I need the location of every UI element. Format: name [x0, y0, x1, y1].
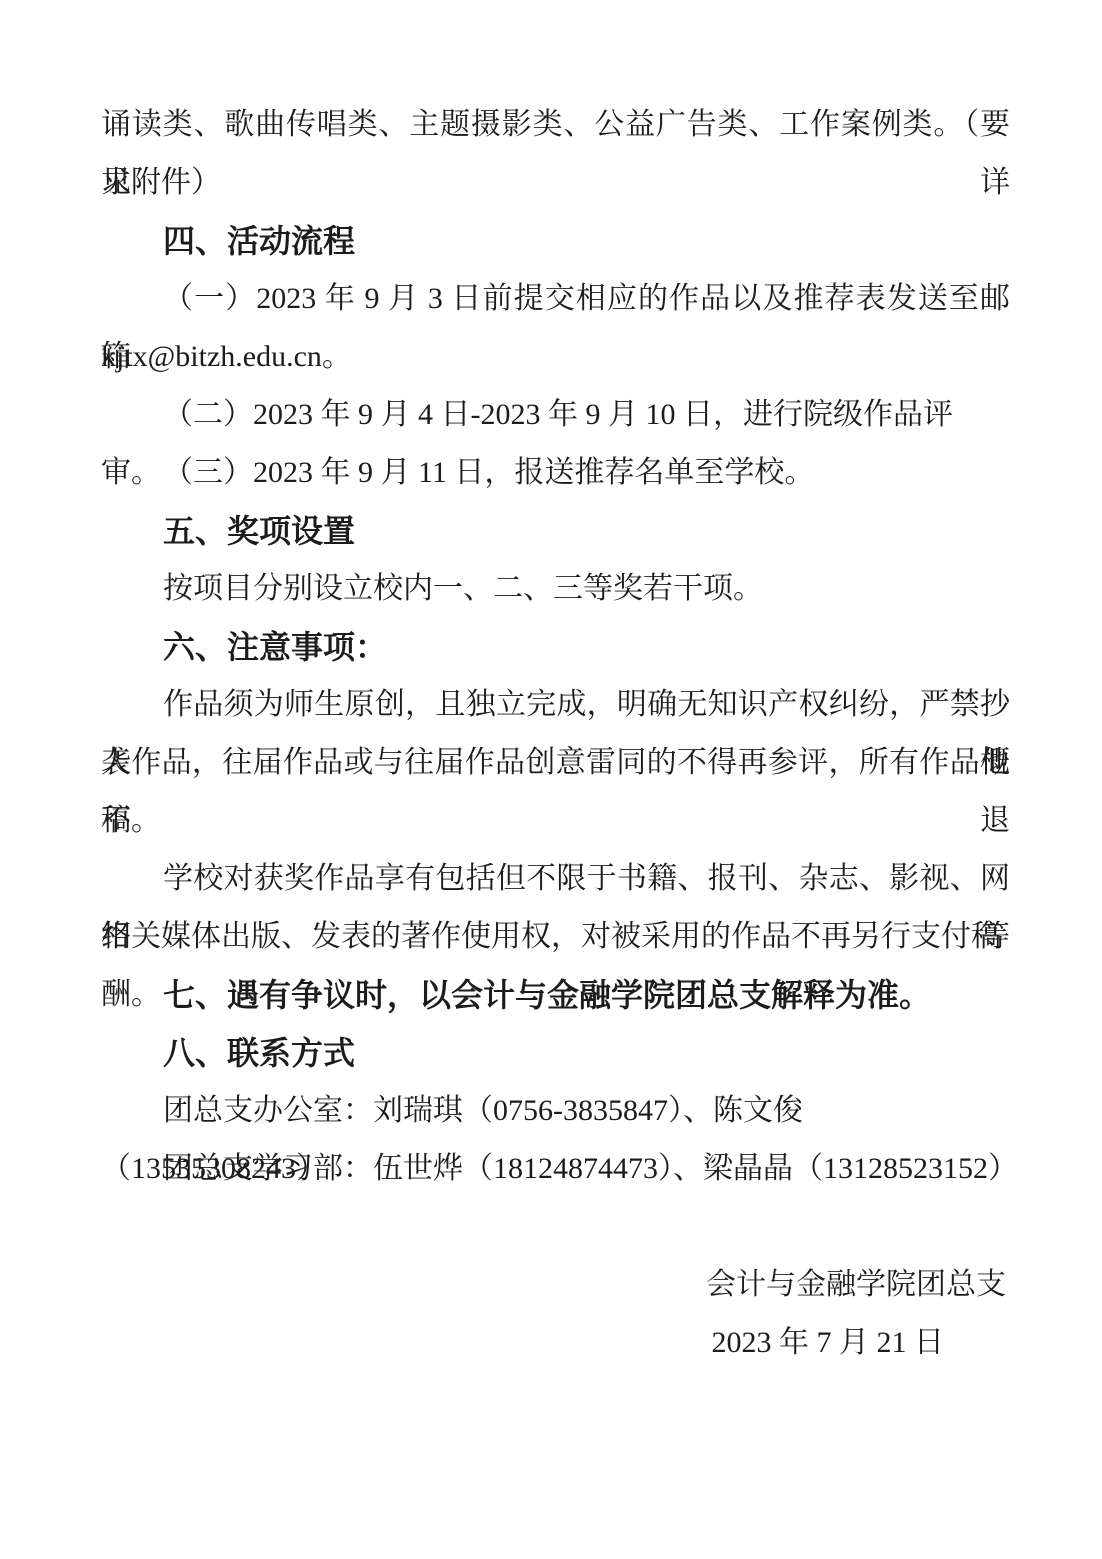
- section-heading: 八、联系方式: [101, 1024, 1010, 1082]
- document-content: 诵读类、歌曲传唱类、主题摄影类、公益广告类、工作案例类。（要求详见附件）四、活动…: [101, 96, 1010, 1372]
- signature-date: 2023 年 7 月 21 日: [101, 1314, 1010, 1372]
- blank-line: [101, 1198, 1010, 1256]
- text-line: kjtx@bitzh.edu.cn。: [101, 328, 1010, 386]
- text-line: 相关媒体出版、发表的著作使用权，对被采用的作品不再另行支付稿酬。: [101, 908, 1010, 966]
- text-line: 诵读类、歌曲传唱类、主题摄影类、公益广告类、工作案例类。（要求详: [101, 96, 1010, 154]
- text-line: （三）2023 年 9 月 11 日，报送推荐名单至学校。: [101, 444, 1010, 502]
- text-line: 团总支办公室：刘瑞琪（0756-3835847）、陈文俊（13535308243…: [101, 1082, 1010, 1140]
- section-heading: 七、遇有争议时，以会计与金融学院团总支解释为准。: [101, 966, 1010, 1024]
- text-line: 作品须为师生原创，且独立完成，明确无知识产权纠纷，严禁抄袭他: [101, 676, 1010, 734]
- text-line: 按项目分别设立校内一、二、三等奖若干项。: [101, 560, 1010, 618]
- text-line: 人作品，往届作品或与往届作品创意雷同的不得再参评，所有作品概不退: [101, 734, 1010, 792]
- text-line: 学校对获奖作品享有包括但不限于书籍、报刊、杂志、影视、网络等: [101, 850, 1010, 908]
- text-line: （二）2023 年 9 月 4 日-2023 年 9 月 10 日，进行院级作品…: [101, 386, 1010, 444]
- text-line: （一）2023 年 9 月 3 日前提交相应的作品以及推荐表发送至邮箱: [101, 270, 1010, 328]
- signature-organization: 会计与金融学院团总支: [101, 1256, 1010, 1314]
- section-heading: 五、奖项设置: [101, 502, 1010, 560]
- text-line: 团总支学习部：伍世烨（18124874473）、梁晶晶（13128523152）: [101, 1140, 1010, 1198]
- document-page: 诵读类、歌曲传唱类、主题摄影类、公益广告类、工作案例类。（要求详见附件）四、活动…: [0, 0, 1102, 1559]
- document-lines: 诵读类、歌曲传唱类、主题摄影类、公益广告类、工作案例类。（要求详见附件）四、活动…: [101, 96, 1010, 1198]
- section-heading: 四、活动流程: [101, 212, 1010, 270]
- section-heading: 六、注意事项：: [101, 618, 1010, 676]
